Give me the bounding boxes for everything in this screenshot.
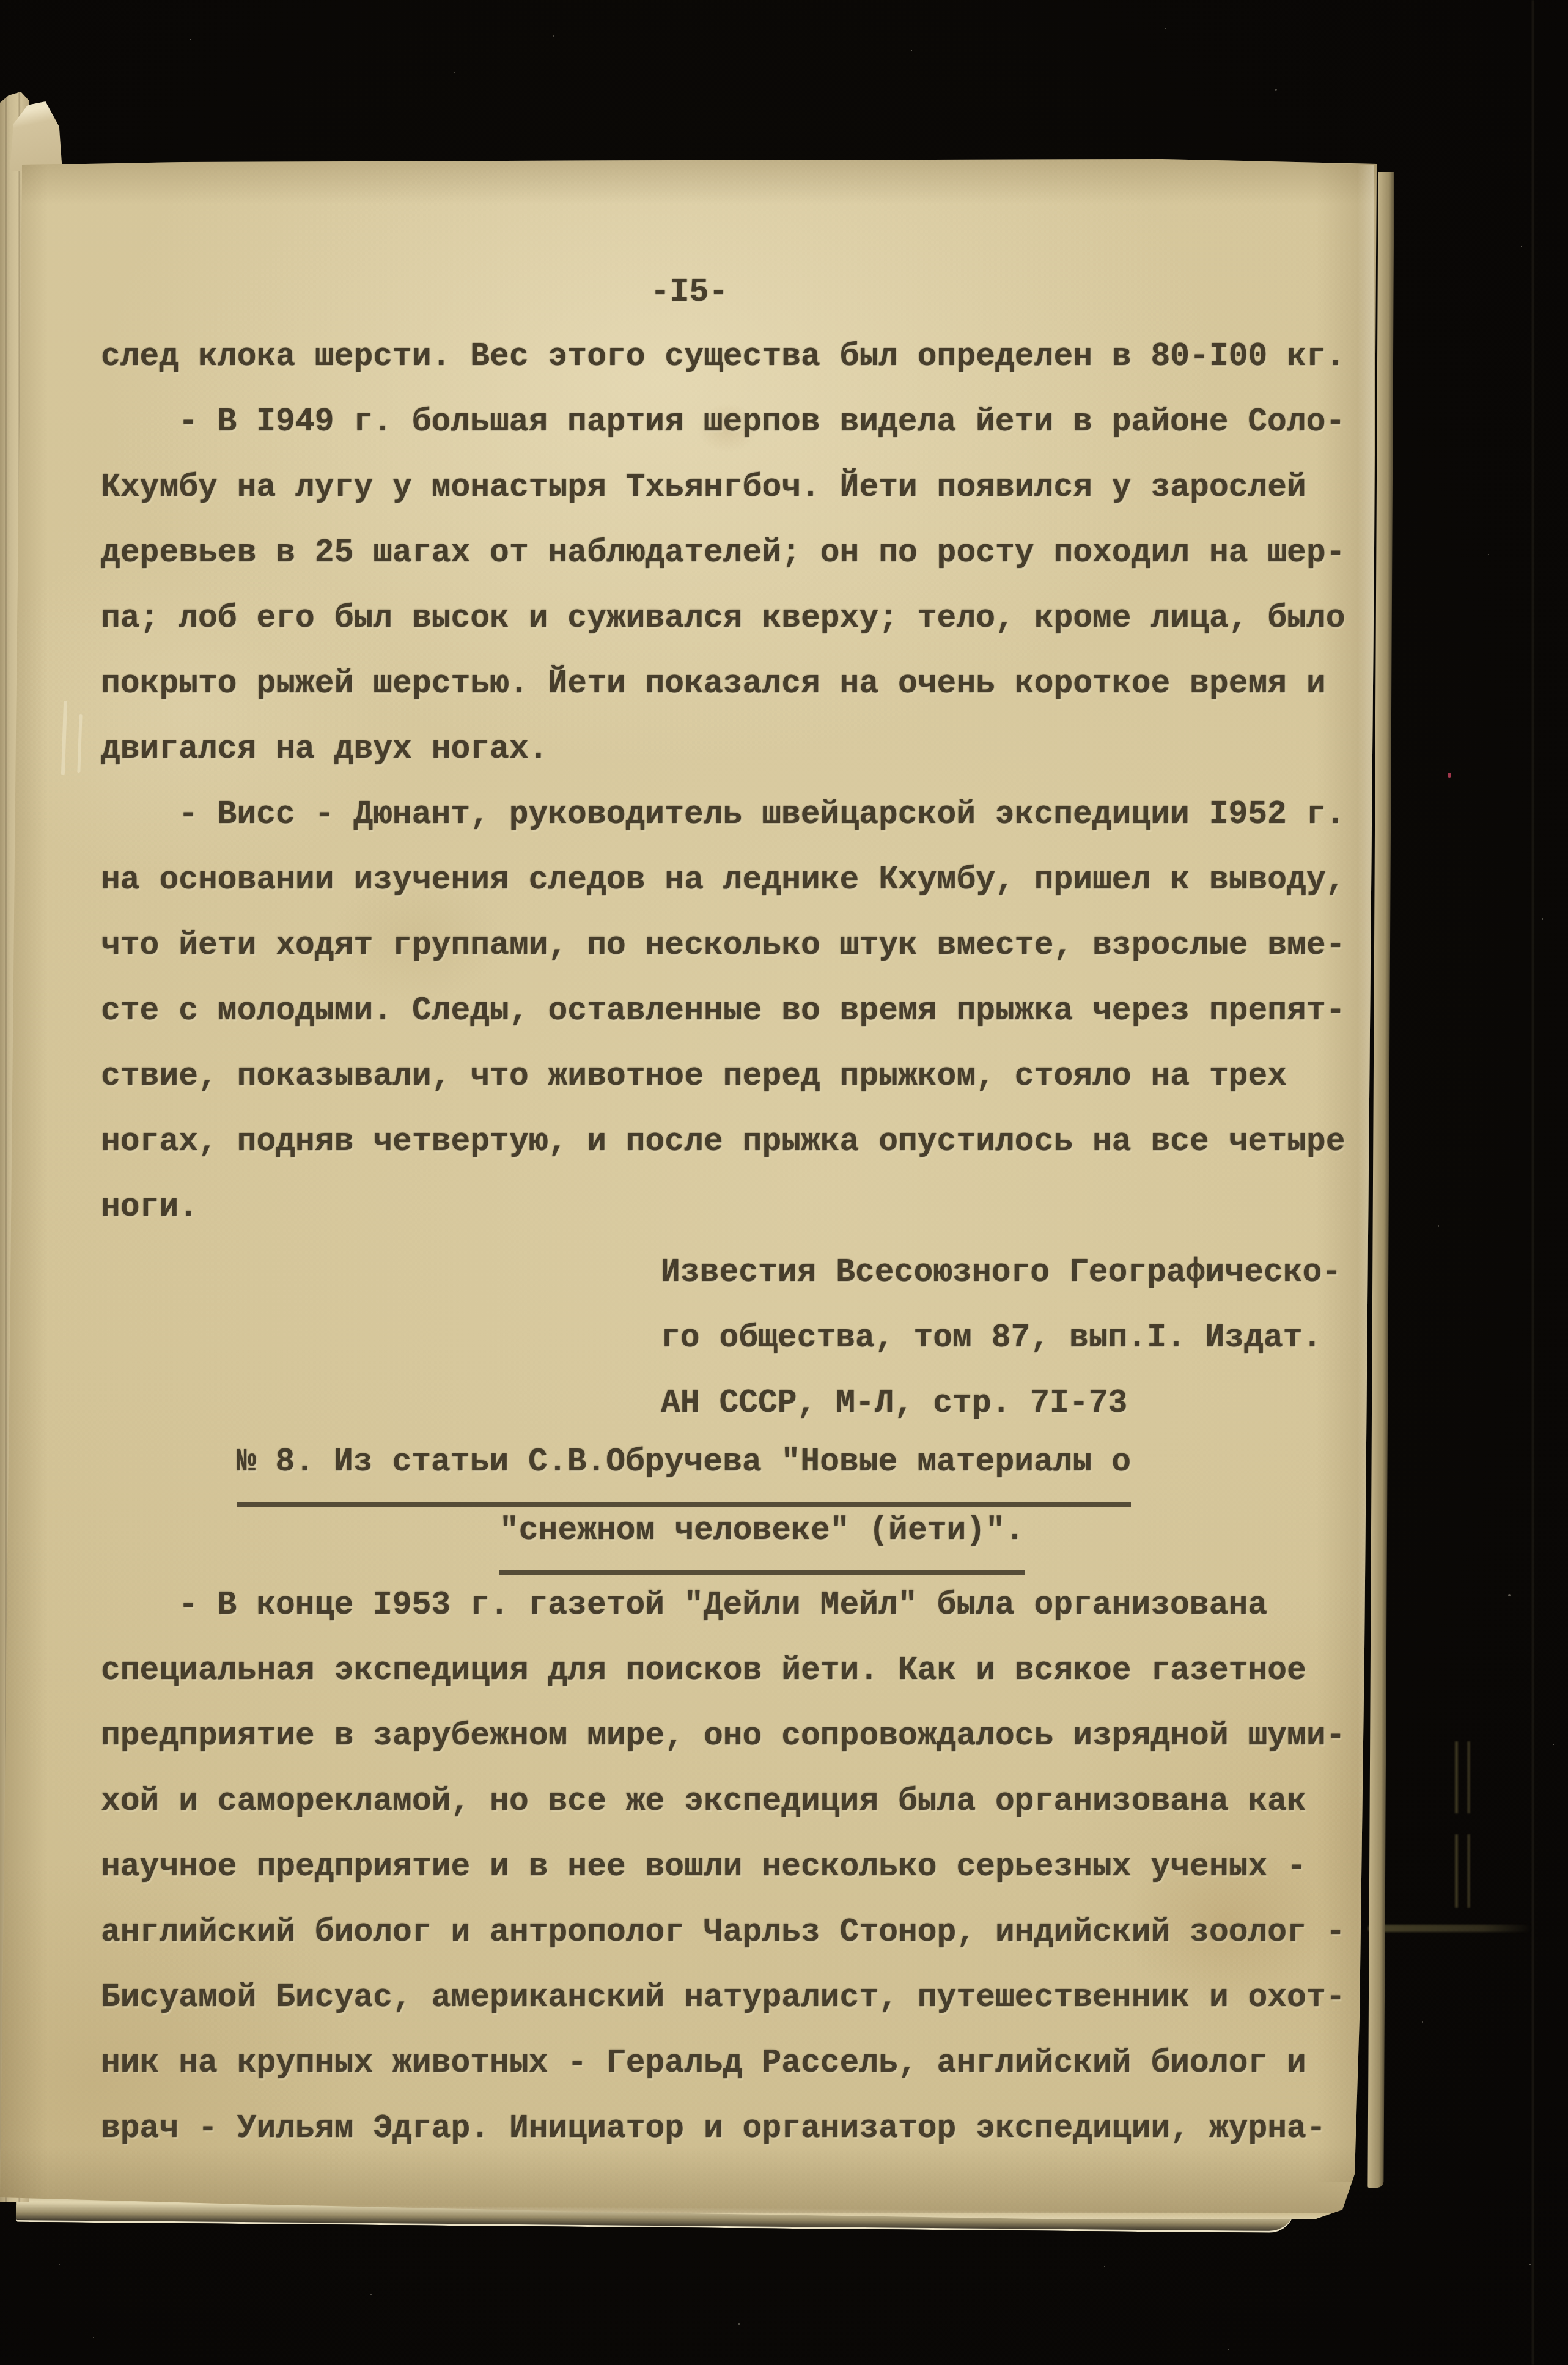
typed-line: - Висс - Дюнант, руководитель швейцарско… <box>101 782 1397 847</box>
book-scan: -I5- след клока шерсти. Вес этого сущест… <box>0 0 1568 2365</box>
spine-seam-line <box>1532 0 1534 2365</box>
typed-line: что йети ходят группами, по несколько шт… <box>101 913 1397 978</box>
citation-line: Известия Всесоюзного Географическо- <box>101 1240 1397 1305</box>
page-number: -I5- <box>650 260 728 325</box>
typed-line: на основании изучения следов на леднике … <box>101 847 1397 913</box>
typed-line: ник на крупных животных - Геральд Рассел… <box>101 2031 1397 2096</box>
typed-line: хой и саморекламой, но все же экспедиция… <box>101 1769 1397 1834</box>
binding-stitch-mark <box>1455 1834 1471 1908</box>
typed-line: покрыто рыжей шерстью. Йети показался на… <box>101 651 1397 717</box>
dust-specks <box>0 0 1 1</box>
citation-line: го общества, том 87, вып.I. Издат. <box>101 1305 1397 1371</box>
typed-line: Кхумбу на лугу у монастыря Тхьянгбоч. Йе… <box>101 455 1397 520</box>
typed-line: ногах, подняв четвертую, и после прыжка … <box>101 1109 1397 1175</box>
typewritten-text: -I5- след клока шерсти. Вес этого сущест… <box>0 0 1568 2365</box>
underlined-heading-text: "снежном человеке" (йети)". <box>499 1496 1025 1575</box>
daily-mail-paragraph: - В конце I953 г. газетой "Дейли Мейл" б… <box>101 1573 1397 2161</box>
section-heading-line: № 8. Из статьи С.В.Обручева "Новые матер… <box>101 1428 1397 1496</box>
typed-line: английский биолог и антрополог Чарльз Ст… <box>101 1900 1397 1965</box>
document-page: -I5- след клока шерсти. Вес этого сущест… <box>0 0 1568 2365</box>
typed-line: врач - Уильям Эдгар. Инициатор и организ… <box>101 2096 1397 2161</box>
typed-line: ствие, показывали, что животное перед пр… <box>101 1044 1397 1109</box>
typed-line: - В конце I953 г. газетой "Дейли Мейл" б… <box>101 1573 1397 1638</box>
binding-stitch-mark <box>1455 1741 1471 1813</box>
typed-line: деревьев в 25 шагах от наблюдателей; он … <box>101 520 1397 586</box>
typed-line: - В I949 г. большая партия шерпов видела… <box>101 389 1397 455</box>
typed-line: научное предприятие и в нее вошли нескол… <box>101 1834 1397 1900</box>
typed-line: двигался на двух ногах. <box>101 717 1397 782</box>
typed-line: специальная экспедиция для поисков йети.… <box>101 1638 1397 1703</box>
typed-line: Бисуамой Бисуас, американский натуралист… <box>101 1965 1397 2031</box>
typed-line: след клока шерсти. Вес этого существа бы… <box>101 324 1397 389</box>
underlined-heading-text: № 8. Из статьи С.В.Обручева "Новые матер… <box>237 1428 1131 1507</box>
typed-line: предприятие в зарубежном мире, оно сопро… <box>101 1703 1397 1769</box>
citation-line: АН СССР, М-Л, стр. 7I-73 <box>101 1371 1397 1436</box>
binding-scuff-mark <box>1368 1925 1532 1932</box>
typed-line: сте с молодыми. Следы, оставленные во вр… <box>101 978 1397 1044</box>
typed-line: ноги. <box>101 1175 1397 1240</box>
main-text-block: след клока шерсти. Вес этого существа бы… <box>101 324 1397 1436</box>
section-heading: № 8. Из статьи С.В.Обручева "Новые матер… <box>101 1428 1397 1565</box>
red-speck <box>1448 773 1451 778</box>
typed-line: па; лоб его был высок и суживался кверху… <box>101 586 1397 651</box>
